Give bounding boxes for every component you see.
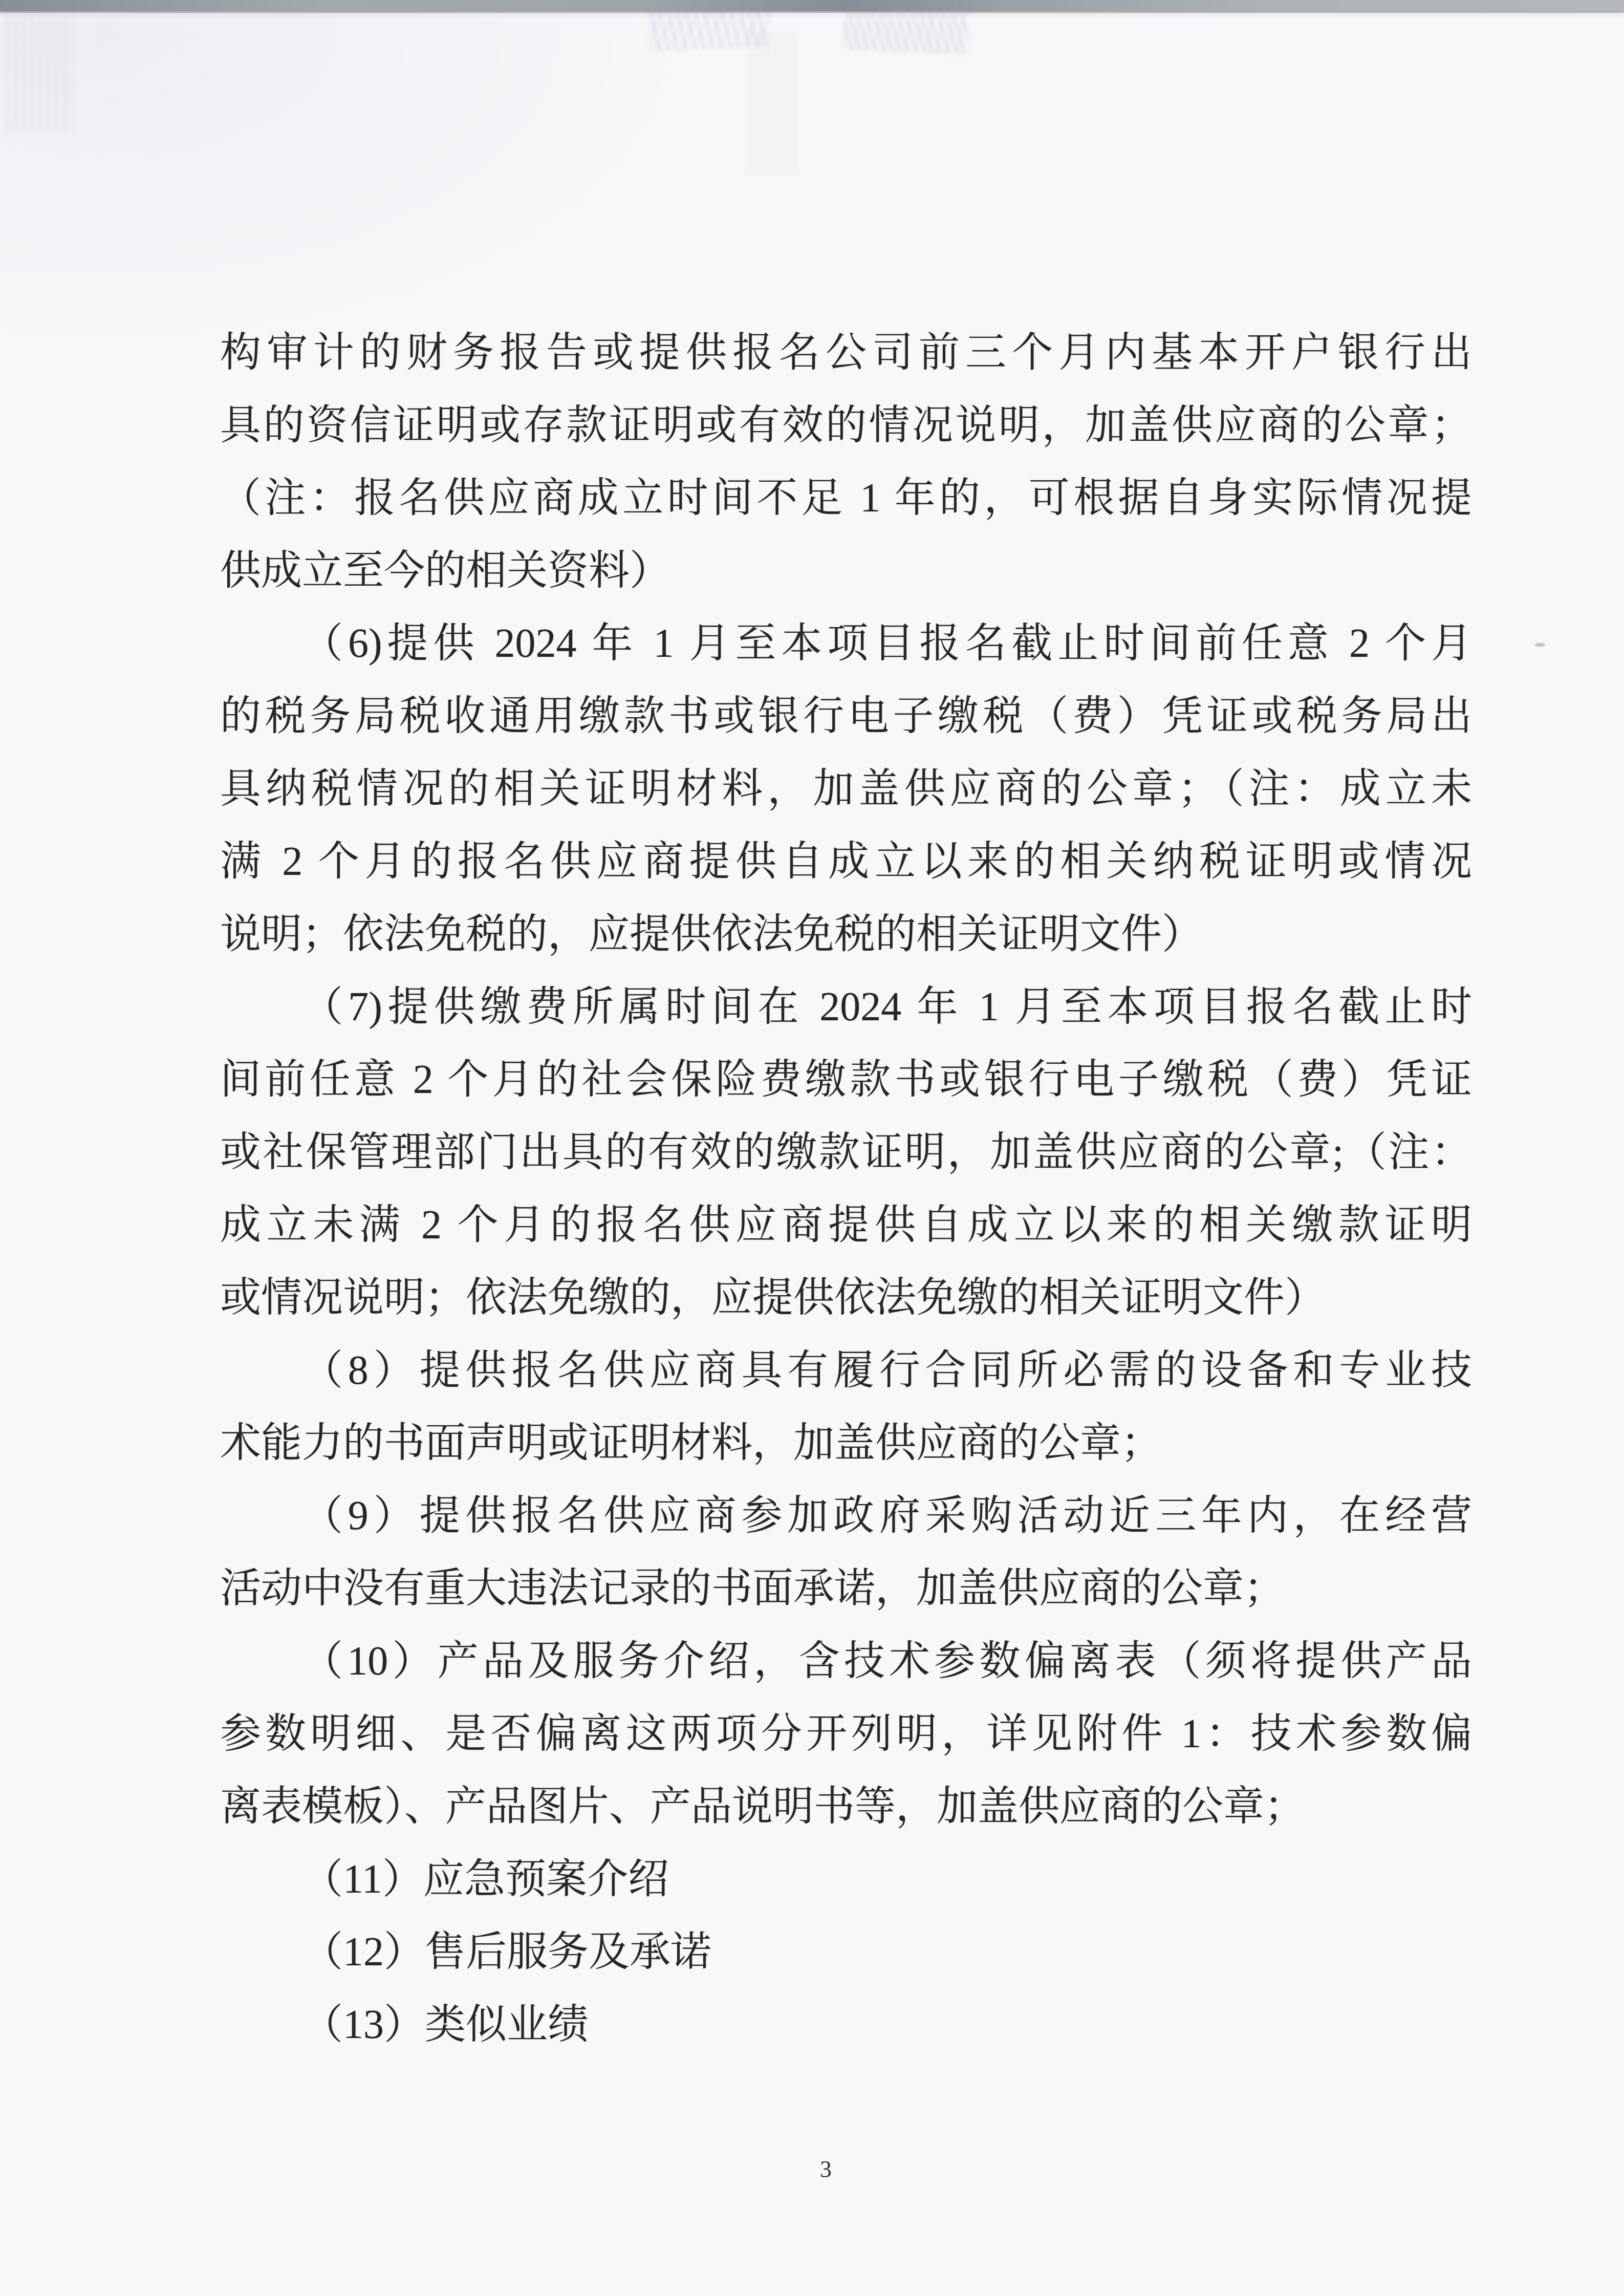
page-number: 3 xyxy=(820,2156,832,2183)
text-line-17: （9）提供报名供应商参加政府采购活动近三年内，在经营 xyxy=(220,1479,1472,1552)
text-line-2: 具的资信证明或存款证明或有效的情况说明，加盖供应商的公章； xyxy=(220,389,1472,462)
scan-streak-center xyxy=(748,31,799,174)
text-line-20: 参数明细、是否偏离这两项分开列明，详见附件 1：技术参数偏 xyxy=(220,1698,1472,1770)
text-line-19: （10）产品及服务介绍，含技术参数偏离表（须将提供产品 xyxy=(220,1625,1472,1698)
text-line-16: 术能力的书面声明或证明材料，加盖供应商的公章； xyxy=(220,1407,1472,1479)
text-line-3: （注：报名供应商成立时间不足 1 年的，可根据自身实际情况提 xyxy=(220,462,1472,534)
text-line-8: 满 2 个月的报名供应商提供自成立以来的相关纳税证明或情况 xyxy=(220,825,1472,898)
text-line-15: （8）提供报名供应商具有履行合同所必需的设备和专业技 xyxy=(220,1334,1472,1407)
scanner-edge-artifact xyxy=(0,0,1624,11)
scan-speck xyxy=(1535,643,1545,647)
text-line-23: （12）售后服务及承诺 xyxy=(220,1916,1472,1988)
text-line-24: （13）类似业绩 xyxy=(220,1988,1472,2061)
text-line-18: 活动中没有重大违法记录的书面承诺，加盖供应商的公章； xyxy=(220,1552,1472,1625)
text-line-1: 构审计的财务报告或提供报名公司前三个月内基本开户银行出 xyxy=(220,316,1472,389)
scan-smudge-right xyxy=(842,0,969,54)
text-line-22: （11）应急预案介绍 xyxy=(220,1843,1472,1916)
document-page: 构审计的财务报告或提供报名公司前三个月内基本开户银行出具的资信证明或存款证明或有… xyxy=(0,0,1624,2296)
text-line-12: 或社保管理部门出具的有效的缴款证明，加盖供应商的公章;（注： xyxy=(220,1116,1472,1189)
text-line-10: （7)提供缴费所属时间在 2024 年 1 月至本项目报名截止时 xyxy=(220,971,1472,1043)
text-line-6: 的税务局税收通用缴款书或银行电子缴税（费）凭证或税务局出 xyxy=(220,680,1472,753)
document-text: 构审计的财务报告或提供报名公司前三个月内基本开户银行出具的资信证明或存款证明或有… xyxy=(220,316,1472,2061)
text-line-4: 供成立至今的相关资料） xyxy=(220,534,1472,607)
scan-streak-left xyxy=(6,14,73,132)
text-line-9: 说明；依法免税的，应提供依法免税的相关证明文件） xyxy=(220,898,1472,971)
text-line-13: 成立未满 2 个月的报名供应商提供自成立以来的相关缴款证明 xyxy=(220,1189,1472,1261)
text-line-14: 或情况说明；依法免缴的，应提供依法免缴的相关证明文件） xyxy=(220,1261,1472,1334)
text-line-11: 间前任意 2 个月的社会保险费缴款书或银行电子缴税（费）凭证 xyxy=(220,1043,1472,1116)
text-line-5: （6)提供 2024 年 1 月至本项目报名截止时间前任意 2 个月 xyxy=(220,607,1472,680)
text-line-7: 具纳税情况的相关证明材料，加盖供应商的公章；（注：成立未 xyxy=(220,753,1472,825)
text-line-21: 离表模板）、产品图片、产品说明书等，加盖供应商的公章； xyxy=(220,1770,1472,1843)
